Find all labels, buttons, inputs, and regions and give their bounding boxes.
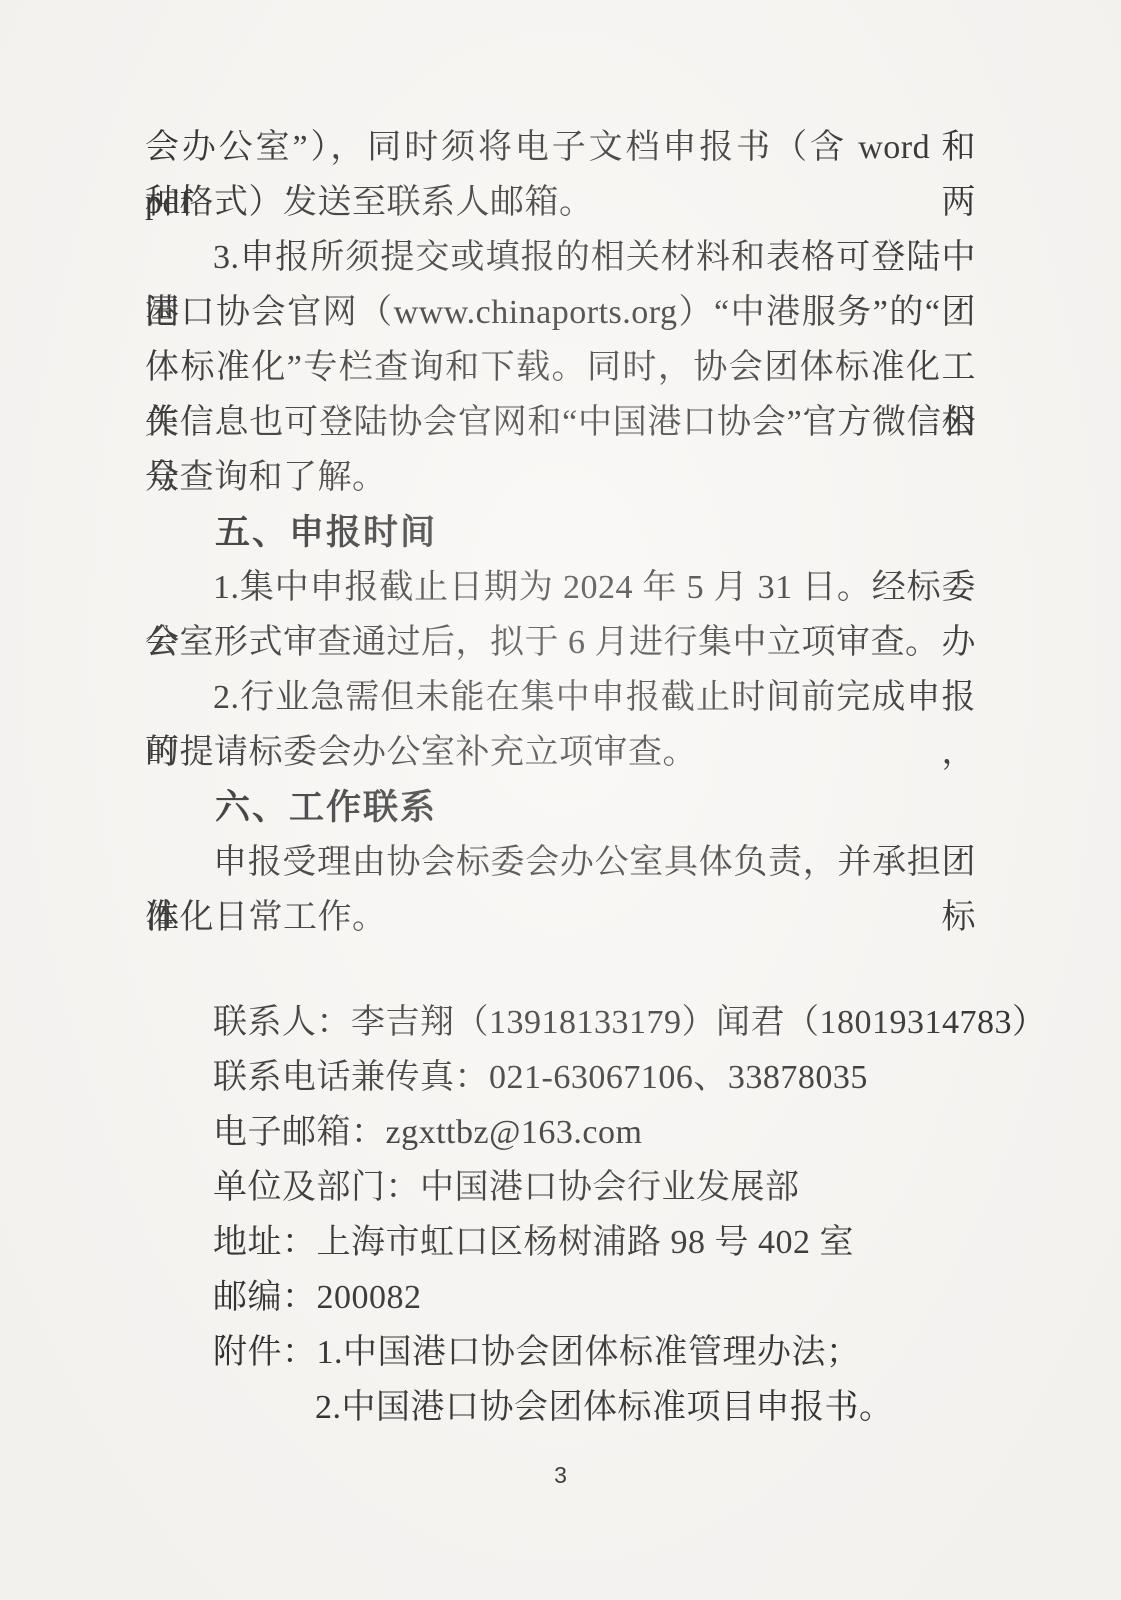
- body-line: 公室形式审查通过后，拟于 6 月进行集中立项审查。: [145, 615, 976, 670]
- body-line: 会办公室”），同时须将电子文档申报书（含 word 和 pdf 两: [145, 120, 976, 175]
- contact-person-line: 联系人：李吉翔（13918133179）闻君（18019314783）: [145, 995, 976, 1050]
- contact-zipcode-line: 邮编：200082: [145, 1270, 976, 1325]
- body-line: 2.行业急需但未能在集中申报截止时间前完成申报的，: [145, 670, 976, 725]
- body-line: 号查询和了解。: [145, 450, 976, 505]
- body-line: 关信息也可登陆协会官网和“中国港口协会”官方微信公众: [145, 395, 976, 450]
- attachment-line-1: 附件：1.中国港口协会团体标准管理办法；: [145, 1325, 976, 1380]
- attachment-line-2: 2.中国港口协会团体标准项目申报书。: [145, 1380, 976, 1435]
- document-body: 会办公室”），同时须将电子文档申报书（含 word 和 pdf 两 种格式）发送…: [145, 120, 976, 1435]
- page-number: 3: [0, 1462, 1121, 1489]
- body-line: 3.申报所须提交或填报的相关材料和表格可登陆中国: [145, 230, 976, 285]
- contact-email-line: 电子邮箱：zgxttbz@163.com: [145, 1105, 976, 1160]
- body-line: 体标准化”专栏查询和下载。同时，协会团体标准化工作相: [145, 340, 976, 395]
- body-line: 1.集中申报截止日期为 2024 年 5 月 31 日。经标委会办: [145, 560, 976, 615]
- contact-phone-line: 联系电话兼传真：021-63067106、33878035: [145, 1050, 976, 1105]
- contact-unit-line: 单位及部门：中国港口协会行业发展部: [145, 1160, 976, 1215]
- scanned-document-page: 会办公室”），同时须将电子文档申报书（含 word 和 pdf 两 种格式）发送…: [0, 0, 1121, 1600]
- blank-line: [145, 945, 976, 995]
- section-heading-5: 五、申报时间: [145, 505, 976, 560]
- body-line: 申报受理由协会标委会办公室具体负责，并承担团体标: [145, 835, 976, 890]
- contact-address-line: 地址：上海市虹口区杨树浦路 98 号 402 室: [145, 1215, 976, 1270]
- section-heading-6: 六、工作联系: [145, 780, 976, 835]
- body-line: 港口协会官网（www.chinaports.org）“中港服务”的“团: [145, 285, 976, 340]
